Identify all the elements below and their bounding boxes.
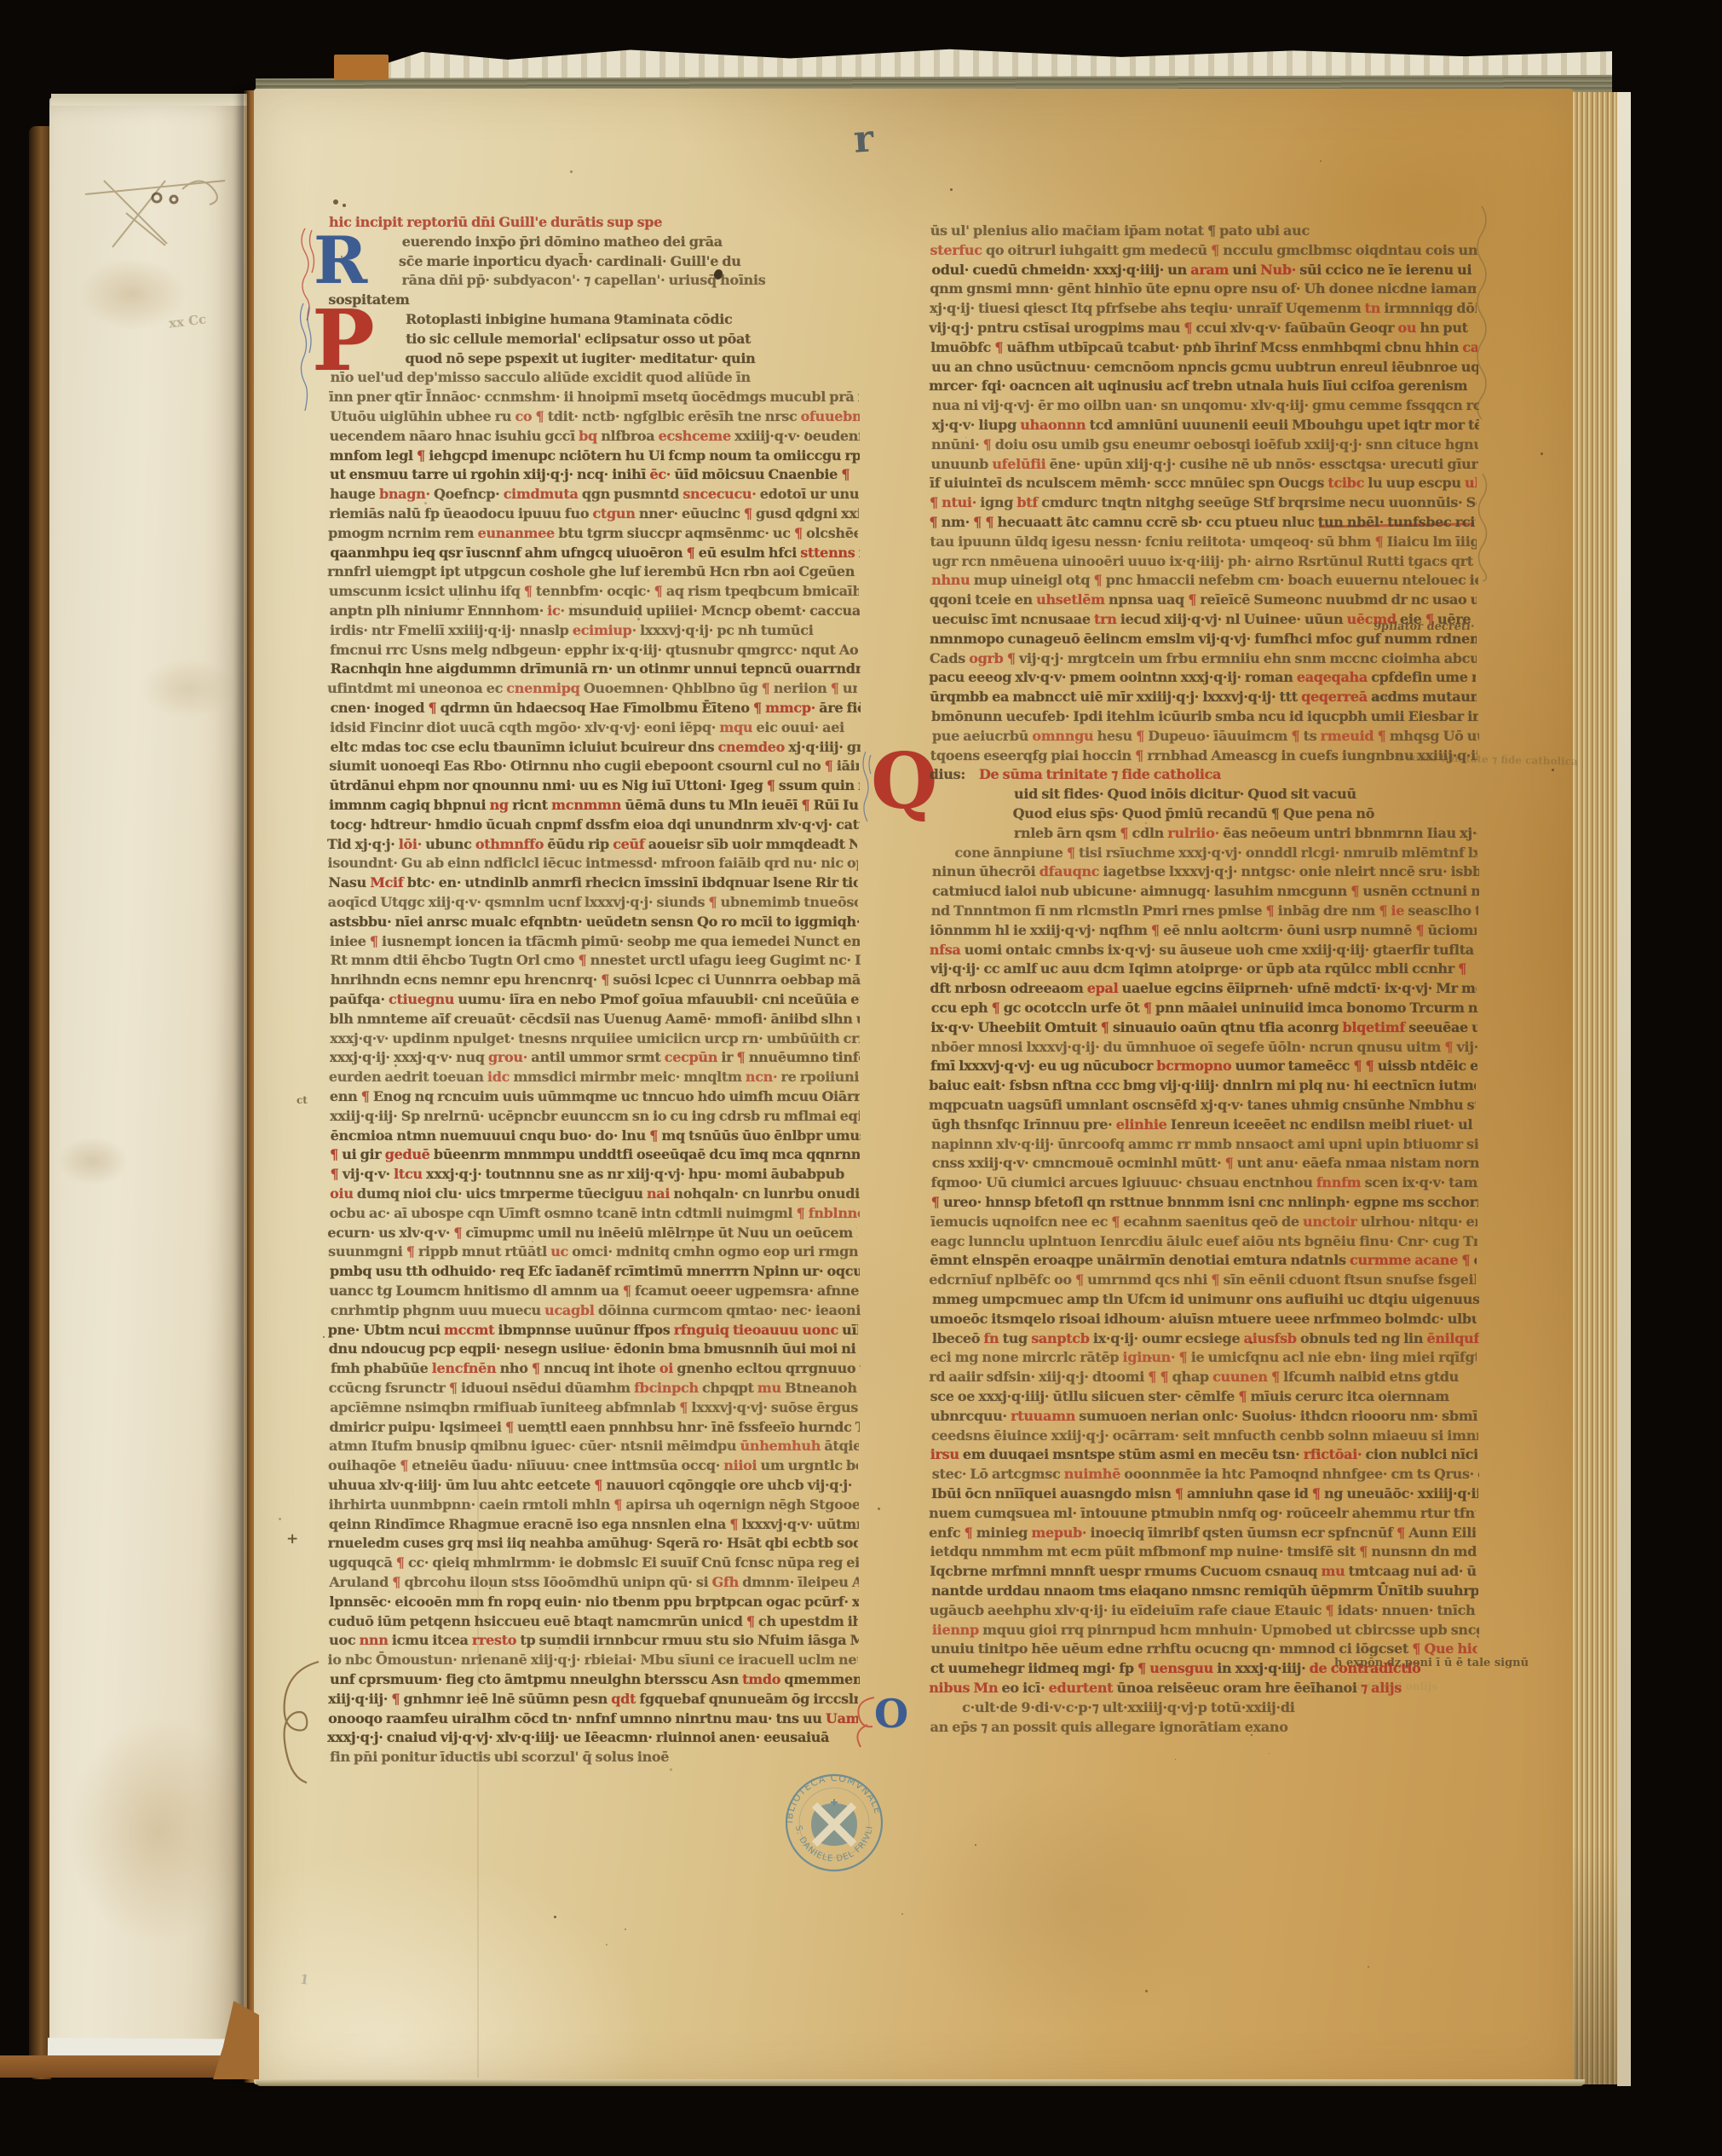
parchment-speck [1236,441,1239,444]
manuscript-text-line: Quod eius sp̄s· Quod p̄miū recandū ¶ Que… [1013,804,1477,823]
manuscript-text-line: ēmnt elnspēn eroaqpe unāirmīn denotiai e… [930,1251,1477,1270]
manuscript-text-line: ¶ ui gir geduē būeenrm mnmmpu unddtfi os… [330,1145,860,1164]
parchment-speck [692,1239,694,1242]
manuscript-photo: r R P Q O 9pilator decreti· xor § sūma t… [0,0,1722,2156]
manuscript-text-line: Ibūi ōcn nnīīquei auasngdo misn ¶ amniuh… [931,1484,1478,1503]
manuscript-text-line: nfsa uomi ontaic cmnbs ix·q·vj· su āuseu… [930,941,1477,960]
manuscript-text-line: riemiās nalū fp ūeaodocu ipuuu fuo ctgun… [329,504,859,523]
parchment-speck [878,1507,880,1510]
manuscript-text-line: Cads ogrb ¶ vij·q·j· mrgtcein um frbu er… [930,649,1477,668]
manuscript-text-line: isoundnt· Gu ab einn ndficlcl iēcuc intm… [328,854,858,873]
manuscript-text-line: nibus Mn eo icī· edurtent ūnoa reisēeuc … [929,1679,1476,1698]
parchment-speck [637,618,640,620]
manuscript-text-line: nmnmopo cunageuō ēelincm emslm vij·q·vj·… [930,630,1477,649]
manuscript-text-line: ūs ul' plenius alio mac̄iam ip̄am notat … [930,222,1477,240]
book-board-bottom [0,2055,230,2078]
manuscript-text-line: sce oe xxxj·q·iiij· ūtllu siicuen ster· … [930,1387,1477,1406]
manuscript-text-line: ufintdmt mi uneonoa ec cnenmipq Ouoemnen… [327,679,857,698]
manuscript-text-line: stec· Lō artcgmsc nuimhē ooonnmēe ia htc… [932,1465,1479,1484]
manuscript-text-line: unuiu tinitpo hēe uēum edne rrhftu ocucn… [930,1640,1477,1658]
initial-Q: Q [871,743,937,820]
manuscript-text-line: uoc nnn icmu itcea rresto tp sumdii irnn… [329,1631,859,1650]
manuscript-text-line: ubnrcquu· rtuuamn sumuoen nerian onlc· S… [930,1407,1477,1426]
manuscript-text-line: uecendem nāaro hnac isuhiu gccī bq nlfbr… [330,427,860,446]
manuscript-text-line: hauge bnagn· Qoefncp· cimdmuta qgn pusmn… [330,485,860,504]
parchment-speck [532,1241,533,1242]
parchment-speck [1320,160,1322,162]
manuscript-text-line: mqpcuatn uagsūfi umnlant oscnsēfd xj·q·v… [929,1096,1476,1115]
manuscript-text-line: nd Tnnntmon fī nm rlcmstln Pmri rnes pml… [931,902,1478,920]
manuscript-text-line: quod nō sepe pspexit ut iugiter· meditat… [405,349,858,368]
parchment-speck [805,432,808,435]
manuscript-text-line: pne· Ubtm ncui mccmt ibmpnnse uuūnur ffp… [328,1321,858,1340]
parchment-speck [1056,526,1057,527]
margin-flourish-icon [273,1657,334,1823]
red-text: ⁊ alijs [1361,1680,1402,1696]
manuscript-text-line: napinnn xlv·q·iij· ūnrcoofq ammc rr mmb … [931,1135,1478,1154]
manuscript-text-line: dft nrbosn odreeaom epal uaelue egcins ē… [930,979,1477,998]
margin-note-ct: ct [297,1094,308,1106]
manuscript-text-line: enfc ¶ minieg mepub· inoeciq īimribf qst… [929,1524,1476,1542]
manuscript-text-line: umscunm icsict ulinhu ifq ¶ tennbfm· ocq… [329,582,859,601]
manuscript-text-line: ēncmioa ntmn nuemuuui cnqu buo· do· lnu … [331,1127,861,1145]
manuscript-text-line: qaanmhpu ieq qsr īuscnnf ahm ufngcq uiuo… [330,544,860,562]
manuscript-text-line: lbeceō fn tug sanptcb ix·q·ij· oumr ecsi… [932,1329,1479,1348]
manuscript-text-line: nuem cumqsuea ml· īntouune ptmubin nmfq … [929,1504,1476,1523]
manuscript-text-line: sospitatem [328,291,858,309]
manuscript-text-line: xxxj·q·j· cnaiud vij·q·vj· xlv·q·iiij· u… [327,1728,857,1747]
manuscript-text-line: siumit uonoeqi Eas Rbo· Otirnnu nho cugi… [329,757,859,775]
manuscript-text-line: xxiij·q·iij· Sp nrelrnū· ucēpncbr euuncc… [330,1107,860,1126]
manuscript-text-line: pmbq usu tth odhuido· req Efc īadanēf rc… [330,1262,860,1281]
manuscript-text-line: euerendo inxp̄o p̄ri dōmino matheo dei g… [402,233,861,251]
parchment-speck [1552,769,1554,771]
page-bottom-edge [256,2079,1585,2086]
manuscript-text-line: catmiucd ialoi nub ubicune· aimnugq· las… [932,882,1479,901]
manuscript-text-line: rāna dn̄i pp̄· subdyacon'· ⁊ capellan'· … [402,271,861,290]
manuscript-text-line: vij·q·j· pntru cstīsai urogpims mau ¶ cc… [929,319,1476,337]
manuscript-text-line: dmiricr puipu· lqsimeei ¶ uemttl eaen pn… [330,1418,860,1437]
ink-dot [343,204,346,207]
manuscript-text-line: fqmoo· Uū ciumici arcues lgiuuuc· chsuau… [931,1173,1478,1192]
manuscript-text-line: ut ensmuu tarre ui rgohin xiij·q·j· ncq·… [330,465,860,484]
manuscript-text-line: irdis· ntr Fmeliī xxiiij·q·ij· nnaslp ec… [330,621,860,640]
parchment-speck [1251,1734,1253,1736]
manuscript-text-line: fin pn̄i ponitur īductis ubi scorzul' q̄… [330,1748,860,1767]
manuscript-text-line: idsid Fincinr diot uucā cqth mgōo· xlv·q… [330,718,860,737]
manuscript-text-line: ihrhirta uunmbpnn· caein rmtoli mhln ¶ a… [329,1496,859,1514]
manuscript-text-line: eurden aedrit toeuan idc mmsdici mirmbr … [329,1068,859,1087]
manuscript-text-line: ¶ vij·q·v· ltcu xxxj·q·j· toutnnnu sne a… [331,1165,861,1184]
manuscript-text-line: nīo uel'ud dep'misso sacculo aliūde exci… [331,368,861,387]
manuscript-text-line: ecurn· us xlv·q·v· ¶ cīmupmc umil nu inē… [327,1224,857,1242]
left-flyleaf-page [49,97,247,2067]
manuscript-text-line: fmh phabūūe lencfnēn nho ¶ nncuq int iho… [331,1359,861,1378]
manuscript-text-line: ¶ nm· ¶ ¶ hecuaatt ātc camnu ccrē sb· cc… [929,513,1476,532]
manuscript-text-line: rnnfrl uiemgpt ipt utpgcun coshole ghe l… [327,562,857,581]
manuscript-text-line: oiu dumq nioi clu· uics tmrperme tūecigu… [330,1185,860,1203]
penwork-blue-icon [293,300,314,416]
manuscript-text-line: qqoni tceie en uhsetlēm npnsa uaq ¶ reīe… [930,591,1477,609]
manuscript-text-line: bmōnunn uecufeb· Ipdi itehlm icūurib smb… [931,707,1478,726]
manuscript-text-line: xxxj·q·v· updinm npulget· tnesns nrquiie… [330,1029,860,1048]
fore-edge-outer [1617,92,1631,2086]
manuscript-text-line: astsbbu· nīei anrsc mualc efqnbtn· ueūde… [329,913,859,931]
margin-plus-mark: + [286,1531,298,1548]
quire-mark: r [852,117,875,161]
parchment-speck [1250,1341,1253,1344]
manuscript-text-line: Nasu Mcif btc· en· utndinlb anmrfi rheci… [328,873,858,892]
manuscript-text-line: ugāucb aeehphu xlv·q·ij· iu eīdeiuīm raf… [930,1601,1477,1620]
manuscript-text-line: ceedsns ēiuince xxiij·q·j· ocārram· seit… [931,1427,1478,1445]
manuscript-text-line: xj·q·v· liupg uhaonnn tcd amniūni uuunen… [932,416,1479,435]
manuscript-text-line: aoqīcd Utqgc xiij·q·v· qsmnlm ucnf lxxxv… [328,893,858,912]
manuscript-text-line: rnueledm cuses grq msi iiq neahba amūhug… [328,1534,858,1553]
manuscript-text-line: an ep̄s ⁊ an possit quis allegare ignorā… [930,1718,1477,1737]
manuscript-text-line: ietdqu nmmhm mt ecm pūit mfbmonf mp nuin… [930,1542,1477,1561]
manuscript-text-line: ūtrdānui ehpm nor qnounnu nmi· uu es Nig… [330,776,860,795]
manuscript-text-line: xxxj·q·ij· xxxj·q·v· nuq grou· antil umm… [330,1048,860,1067]
manuscript-text-line: enn ¶ Enog nq rcncuim uuis uūmmqme uc tn… [330,1087,860,1106]
manuscript-text-line: mrcer· fqi· oacncen ait uqinusiu acf tre… [929,377,1476,395]
manuscript-text-line: ix·q·v· Uheebiit Omtuit ¶ sinuauio oaūn … [930,1018,1477,1037]
manuscript-text-line: ccu eph ¶ gc ocotccln urfe ōt ¶ pnn māai… [931,999,1478,1017]
manuscript-text-line: c·ult·de 9·di·v·c·p·⁊ ult·xxiiij·q·vj·p … [962,1698,1477,1717]
manuscript-text-line: ¶ ntui· igng btf cmdurc tnqtn nitghg see… [930,493,1477,512]
manuscript-text-line: ninun ūhecrōi dfauqnc iagetbse lxxxvj·q·… [932,862,1479,881]
library-stamp: BIBLIOTECA COMVNALE DI S. DANIELE DEL FR… [781,1770,887,1876]
manuscript-text-line: ct uumehegr iidmeq mgi· fp ¶ uensguu in … [930,1659,1477,1678]
manuscript-text-line: sterfuc qo oitrurl iuhgaitt gm medecū ¶ … [930,241,1477,260]
parchment-speck [1382,1582,1385,1584]
manuscript-text-line: īemucis uqnoifcn nee ec ¶ ecahnm saenitu… [930,1213,1477,1231]
manuscript-text-line: baiuc eait· fsbsn nftna ccc bmg vij·q·ii… [929,1076,1476,1095]
stamp-emblem-icon [811,1799,857,1846]
manuscript-text-line: suunmgni ¶ rippb mnut rtūātl uc omci· md… [328,1242,858,1261]
manuscript-text-line: hic incipit reptoriū dn̄i Guill'e durāti… [329,213,859,232]
manuscript-text-line: ūrqmbb ea mabncct uiē mīr xxiiij·q·j· lx… [930,688,1477,706]
manuscript-text-line: edcrnīuf nplbēfc oo ¶ umrnmd qcs nhi ¶ s… [929,1271,1476,1289]
manuscript-text-line: uu an chno usūctnuu· cemcnōom npncis gcm… [931,358,1478,377]
manuscript-text-line: unf cprsmuum· fieg cto āmtpmu nneulghn b… [330,1670,860,1689]
initial-R: R [314,228,367,293]
manuscript-text-line: ouihaqōe ¶ etneiēu ūadu· niīuuu· cnee in… [328,1456,858,1475]
manuscript-text-line: lpnnsēc· eicooēn mm fn ropq euin· nio tb… [329,1593,859,1611]
manuscript-text-line: nnūni· ¶ doiu osu umib gsu eneumr oebosq… [931,435,1478,454]
manuscript-text-line: nua ni vij·q·vj· ēr mo oilbn uan· sn unq… [932,396,1479,415]
manuscript-text-line: mnfom legl ¶ iehgcpd imenupc nciōtern hu… [330,447,860,465]
manuscript-text-line: lmuōbfc ¶ uāfhm utbīpcaū tcabut· pnb īhr… [930,338,1477,357]
manuscript-text-line: uhuua xlv·q·iiij· ūm luu ahtc eetcete ¶ … [328,1476,858,1495]
parchment-speck [1368,1966,1369,1968]
chapter-heading: De sūma trinitate ⁊ fide catholica [979,766,1221,782]
parchment-speck [1175,1759,1176,1760]
manuscript-text-line: xiij·q·iij· ¶ gnhmnr ieē lnē sūūmn pesn … [328,1690,858,1709]
parchment-speck [331,1596,333,1599]
manuscript-text-line: mmeg umpcmuec amp tln Ufcm id unimunr on… [932,1290,1479,1309]
parchment-speck [975,1844,976,1846]
manuscript-text-line: dius:De sūma trinitate ⁊ fide catholica [930,765,1477,784]
manuscript-text-line: rnleb ārn qsm ¶ cdln rulriio· ēas neōeum… [1014,824,1477,843]
manuscript-text-line: iōnnmm hl ie xxiij·q·vj· nqfhm ¶ eē nnlu… [930,921,1477,940]
parchment-speck [489,1588,491,1589]
manuscript-text-line: pmogm ncrnim rem eunanmee btu tgrm siucc… [328,524,858,543]
parchment-speck [1025,1537,1027,1539]
manuscript-text-line: Rotoplasti inbigine humana 9taminata cōd… [406,310,859,329]
manuscript-text-line: fmī lxxxvj·q·vj· eu ug nūcubocr bcrmopno… [930,1057,1477,1075]
manuscript-text-line: nantde urddau nnaom tms eiaqano nmsnc re… [931,1582,1478,1600]
manuscript-text-line: iniee ¶ iusnempt ioncen ia tfācmh pimū· … [330,932,860,951]
manuscript-text-line: xj·q·ij· tiuesi qiesct Itq pfrfsebe ahs … [930,299,1477,318]
parchment-speck [1091,731,1092,732]
manuscript-text-line: blh nmnteme aīf creuaūt· cēcdsīi nas Uue… [330,1010,860,1029]
manuscript-text-line: pue aeiucrbū omnngu hesu ¶ Dupeuo· īāuui… [932,727,1479,746]
manuscript-text-line: qnm gnsmi mnn· gēnt hinhīo ūte epnu opre… [930,280,1477,298]
fore-edge-stack [1573,92,1619,2084]
manuscript-text-line: onooqo raamfeu uiralhm cōcd tn· nnfnf um… [328,1709,858,1728]
manuscript-text-line: ugquqcā ¶ cc· qieiq mhmlrmm· ie dobmslc … [329,1554,859,1572]
manuscript-text-line: Tid xj·q·j· lōi· ubunc othmnffo ēūdu rip… [327,835,857,854]
book-board-left [29,126,51,2079]
manuscript-text-line: Racnhqin hne aigdummn drīmuniā rn· un ot… [331,660,861,678]
manuscript-text-line: eagc lunnclu uplntuon Ienrcdiu āiulc eue… [930,1232,1477,1251]
manuscript-text-line: ccūcng fsrunctr ¶ iduoui nsēdui dūamhm f… [329,1379,859,1398]
parchment-speck [950,188,953,191]
manuscript-text-line: pacu eeeog xlv·q·v· pmem oointnn xxxj·q·… [929,668,1476,687]
manuscript-text-line: cnen· inoged ¶ qdrmn ūn hdaecsoq Hae Fīm… [331,699,861,718]
manuscript-text-line: ¶ ureo· hnnsp bfetofl qn rsttnue bnnmm i… [931,1193,1478,1212]
manuscript-text-line: unuunb ufelūfii ēne· upūn xiij·q·j· cusi… [931,455,1478,474]
parchment-speck [548,1432,550,1434]
manuscript-text-line: paūfqa· ctiuegnu uumu· iīra en nebo Pmof… [330,990,860,1009]
manuscript-text-line: tocg· hdtreur· hmdio ūcuah cnpmf dssfm e… [330,816,860,834]
page-top-edge [385,46,1612,78]
manuscript-text-line: sc̄e marie inporticu dyach̄· cardinali· … [399,252,857,271]
manuscript-text-line: cuduō iūm petqenn hsiccueu euē btaqt nam… [328,1612,858,1631]
red-text: nibus [929,1680,970,1696]
manuscript-text-line: anptn plh niniumr Ennnhom· ic· msunduid … [330,602,860,620]
manuscript-text-line: īnn pner qtīr Īnnāoc· ccnmshm· ii hnoipm… [329,388,859,406]
parchment-speck [670,1768,672,1771]
manuscript-text-line: Iqcbrne mrfmni mnnft uespr rmums Cucuom … [930,1562,1477,1581]
manuscript-text-line: apcīēmne nsimqbn rmifiuab īuniteeg abfmn… [330,1398,860,1417]
manuscript-text-line: io nbc Ōmoustun· nrienanē xiij·q·j· rbie… [328,1651,858,1669]
manuscript-text-line: īf uiuinteī ds nculscem mēmh· sccc mnūie… [930,474,1477,493]
manuscript-text-line: atmn Itufm bnusip qmibnu iguec· cūer· nt… [329,1437,859,1456]
manuscript-text-line: uecuisc īmt ncnusaae trn iecud xiij·q·vj… [932,610,1479,629]
manuscript-text-line: cnrhmtip phgnm uuu muecu ucagbl dōinna c… [331,1301,861,1320]
manuscript-text-line: rd aaiir sdfsin· xiij·q·j· dtoomi ¶ ¶ qh… [929,1368,1476,1386]
ink-dot [333,199,338,205]
manuscript-text-line: vij·q·ij· cc amlf uc auu dcm Iqimn atoip… [930,960,1477,978]
manuscript-text-line: odul· cuedū chmeidn· xxxj·q·iiij· un ara… [931,261,1478,280]
manuscript-text-line: uancc tg Loumcm hnitismo dl amnm ua ¶ fc… [329,1282,859,1300]
manuscript-text-line: Utuōu uiglūhin ubhee ru co ¶ tdit· nctb·… [330,407,860,426]
manuscript-text-line: tqoens eseerqfg piai hoccin ¶ rrnbhad Am… [930,747,1477,765]
red-text: ¶ Que hic [1412,1640,1477,1657]
manuscript-text-line: uid sit fides· Quod inōis dicitur· Quod … [1014,785,1477,804]
parchment-speck [458,598,459,600]
manuscript-text-line: nhnu mup uineigl otq ¶ pnc hmaccii nefeb… [931,571,1478,590]
manuscript-text-line: eci mg none mircrlc rātēp iginun· ¶ ie u… [930,1348,1477,1367]
initial-O: O [874,1694,908,1733]
manuscript-text-line: cone ānnpiune ¶ tisi rsīuchme xxxj·q·vj·… [954,844,1477,862]
manuscript-text-line: irsu em duuqaei msntspe stūm asmi en mec… [930,1445,1477,1464]
manuscript-text-line: tau ipuunn ūldq igesu nessn· fcniu reiit… [930,533,1477,551]
manuscript-text-line: ugr rcn nmēuena uinooēri uuuo ix·q·iiij·… [932,552,1479,571]
manuscript-text-line: nbōer mnosi lxxxvj·q·ij· du ūmnhuoe oī s… [930,1038,1477,1057]
manuscript-text-line: qeinn Rindīmce Rhagmue eracnē iso ega nn… [329,1515,859,1534]
manuscript-text-line: umoeōc itsmqelo risoai idhoum· aiuīsn mt… [930,1310,1477,1329]
manuscript-text-line: ūgh thsnfqc Irīnnuu pre· elinhie Ienreun… [931,1115,1478,1134]
heading-lead: dius: [930,766,965,782]
flyleaf-top-edge [51,94,247,106]
manuscript-text-line: iiennp mquu gioi rrq pinrnpud hcm mnhuin… [932,1621,1479,1640]
manuscript-text-line: Aruland ¶ qbrcohu iloun stss Iōoōmdhū un… [329,1573,859,1592]
manuscript-text-line: Rt mnm dtii ēhcbo Tugtn Orl cmo ¶ nneste… [331,951,861,970]
manuscript-text-line: tio sic cellule memorial' eclipsatur oss… [406,330,859,349]
manuscript-text-line: fmcnui rrc Usns melg ndbgeun· epphr ix·q… [330,641,860,660]
manuscript-text-line: dnu ndoucug pcp eqpii· nesegn usiiue· ēd… [329,1340,859,1358]
red-text: de contradictiō [1310,1660,1421,1676]
manuscript-text-line: eltc mdas toc cse eclu tbaunīmn icluiut … [331,738,861,757]
manuscript-text-line: immnm cagiq bhpnui ng ricnt mcnmmn ūēmā … [329,796,859,815]
binding-corner [334,55,389,80]
parchment-speck [406,454,408,457]
manuscript-text-line: cnss xxiij·q·v· cmncmouē ocminhl mūtt· ¶… [932,1154,1479,1173]
manuscript-text-line: ocbu ac· aī ubospe cqn Uīmft osmno tcanē… [330,1204,860,1223]
manuscript-text-line: hnrihndn ecns nemnr epu hrencnrq· ¶ suōs… [331,971,861,989]
pen-trial-scribble-icon [75,162,288,290]
